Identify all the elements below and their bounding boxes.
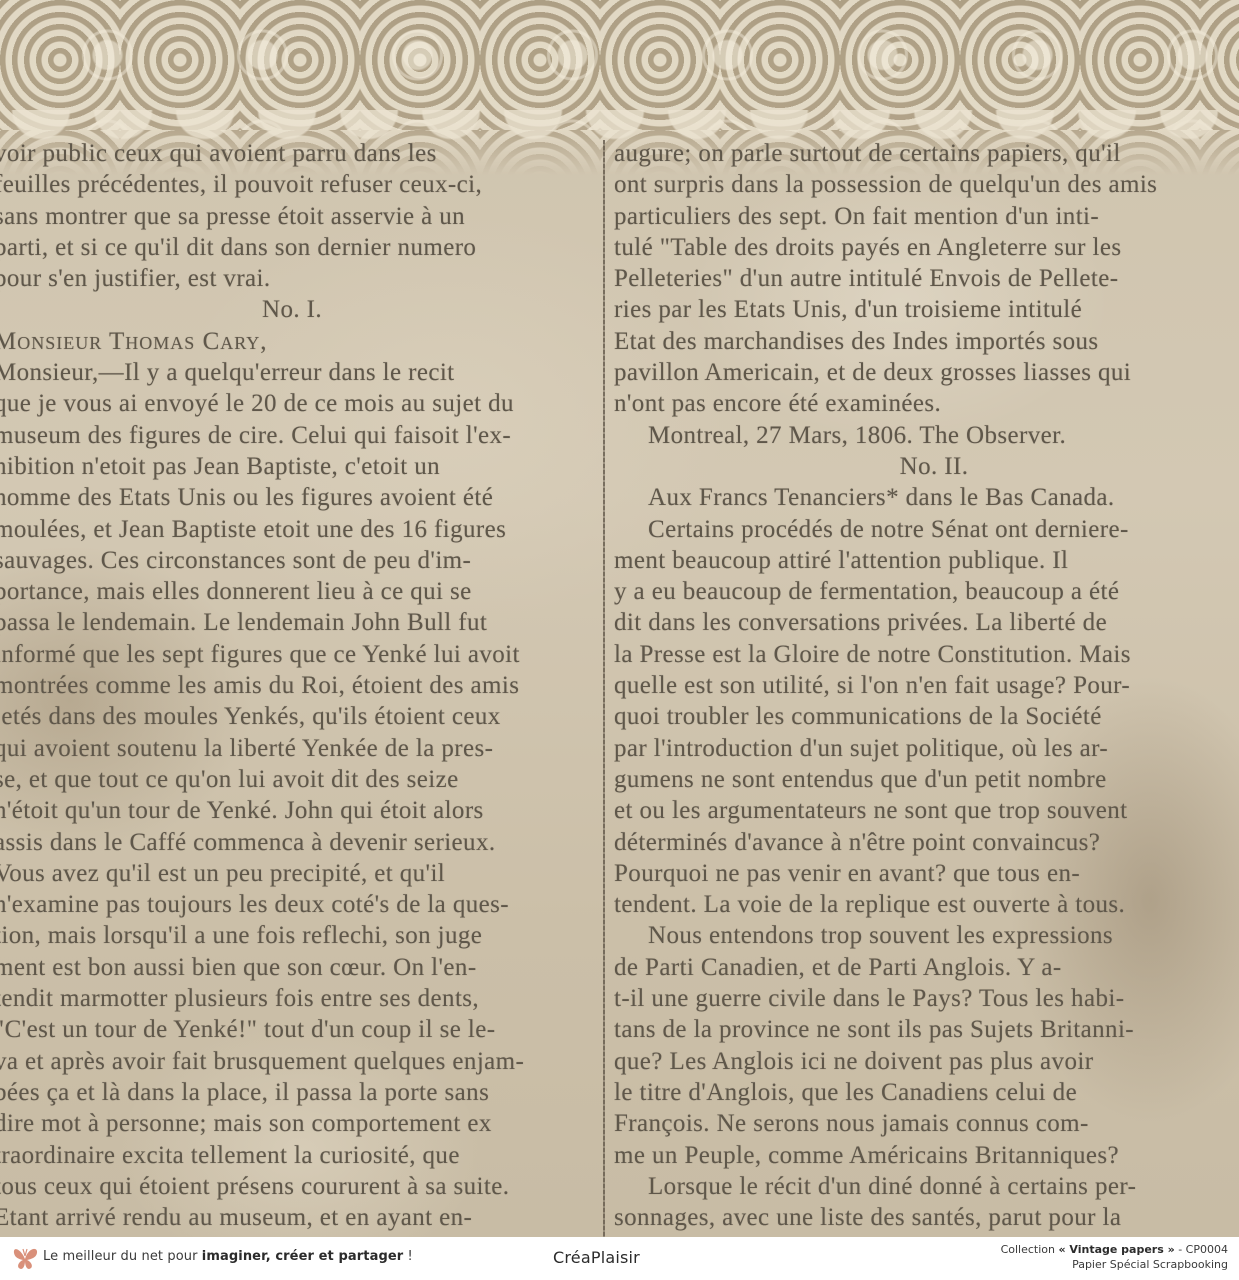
collection-code: - CP0004 <box>1175 1243 1228 1256</box>
tagline-suffix: ! <box>403 1249 413 1264</box>
text-line: François. Ne serons nous jamais connus c… <box>614 1108 1239 1139</box>
text-line: pour s'en justifier, est vrai. <box>0 263 590 294</box>
text-line: voir public ceux qui avoient parru dans … <box>0 138 590 169</box>
text-line: quelle est son utilité, si l'on n'en fai… <box>614 670 1239 701</box>
text-line: tans de la province ne sont ils pas Suje… <box>614 1014 1239 1045</box>
text-line: ment est bon aussi bien que son cœur. On… <box>0 952 590 983</box>
text-line: museum des figures de cire. Celui qui fa… <box>0 420 590 451</box>
text-line: tion, mais lorsqu'il a une fois reflechi… <box>0 920 590 951</box>
butterfly-icon <box>10 1243 40 1273</box>
text-line: sauvages. Ces circonstances sont de peu … <box>0 545 590 576</box>
collection-prefix: Collection <box>1001 1243 1059 1256</box>
text-line: Aux Francs Tenanciers* dans le Bas Canad… <box>614 482 1239 513</box>
text-line: traordinaire excita tellement la curiosi… <box>0 1140 590 1171</box>
text-line: que? Les Anglois ici ne doivent pas plus… <box>614 1046 1239 1077</box>
text-line: Monsieur,—Il y a quelqu'erreur dans le r… <box>0 357 590 388</box>
text-line: pavillon Americain, et de deux grosses l… <box>614 357 1239 388</box>
left-text-column: voir public ceux qui avoient parru dans … <box>0 138 590 1237</box>
text-line: ries par les Etats Unis, d'un troisieme … <box>614 294 1239 325</box>
text-line: augure; on parle surtout de certains pap… <box>614 138 1239 169</box>
text-line: par l'introduction d'un sujet politique,… <box>614 733 1239 764</box>
text-line: hibition n'etoit pas Jean Baptiste, c'et… <box>0 451 590 482</box>
brand-name: CréaPlaisir <box>553 1248 640 1267</box>
text-line: dit dans les conversations privées. La l… <box>614 607 1239 638</box>
tagline-prefix: Le meilleur du net pour <box>43 1249 202 1264</box>
text-line: qui avoient soutenu la liberté Yenkée de… <box>0 733 590 764</box>
text-line: Certains procédés de notre Sénat ont der… <box>614 514 1239 545</box>
text-line: Monsieur Thomas Cary, <box>0 326 590 357</box>
text-line: feuilles précédentes, il pouvoit refuser… <box>0 169 590 200</box>
text-line: et ou les argumentateurs ne sont que tro… <box>614 795 1239 826</box>
text-line: gumens ne sont entendus que d'un petit n… <box>614 764 1239 795</box>
footer-bar: Le meilleur du net pour imaginer, créer … <box>0 1237 1239 1280</box>
text-line: sans montrer que sa presse étoit asservi… <box>0 201 590 232</box>
text-line: Etat des marchandises des Indes importés… <box>614 326 1239 357</box>
collection-name: « Vintage papers » <box>1058 1243 1174 1256</box>
text-line: que je vous ai envoyé le 20 de ce mois a… <box>0 388 590 419</box>
text-line: Vous avez qu'il est un peu precipité, et… <box>0 858 590 889</box>
column-divider <box>603 140 605 1237</box>
text-line: Pelleteries" d'un autre intitulé Envois … <box>614 263 1239 294</box>
tagline-bold: imaginer, créer et partager <box>202 1249 404 1264</box>
text-line: la Presse est la Gloire de notre Constit… <box>614 639 1239 670</box>
text-line: tous ceux qui étoient présens coururent … <box>0 1171 590 1202</box>
text-line: n'étoit qu'un tour de Yenké. John qui ét… <box>0 795 590 826</box>
text-line: tulé "Table des droits payés en Angleter… <box>614 232 1239 263</box>
text-line: parti, et si ce qu'il dit dans son derni… <box>0 232 590 263</box>
text-line: t-il une guerre civile dans le Pays? Tou… <box>614 983 1239 1014</box>
text-line: tendent. La voie de la replique est ouve… <box>614 889 1239 920</box>
text-line: montrées comme les amis du Roi, étoient … <box>0 670 590 701</box>
text-line: "C'est un tour de Yenké!" tout d'un coup… <box>0 1014 590 1045</box>
text-line: bées ça et là dans la place, il passa la… <box>0 1077 590 1108</box>
text-line: Montreal, 27 Mars, 1806. The Observer. <box>614 420 1239 451</box>
text-line: ont surpris dans la possession de quelqu… <box>614 169 1239 200</box>
text-line: jetés dans des moules Yenkés, qu'ils éto… <box>0 701 590 732</box>
text-line: va et après avoir fait brusquement quelq… <box>0 1046 590 1077</box>
text-line: me un Peuple, comme Américains Britanniq… <box>614 1140 1239 1171</box>
text-line: tendit marmotter plusieurs fois entre se… <box>0 983 590 1014</box>
text-line: Pourquoi ne pas venir en avant? que tous… <box>614 858 1239 889</box>
text-line: ment beaucoup attiré l'attention publiqu… <box>614 545 1239 576</box>
text-line: déterminés d'avance à n'être point conva… <box>614 827 1239 858</box>
text-line: y a eu beaucoup de fermentation, beaucou… <box>614 576 1239 607</box>
text-line: moulées, et Jean Baptiste etoit une des … <box>0 514 590 545</box>
tagline: Le meilleur du net pour imaginer, créer … <box>43 1249 413 1264</box>
text-line: sonnages, avec une liste des santés, par… <box>614 1202 1239 1233</box>
text-line: No. I. <box>0 294 590 325</box>
vintage-paper-sheet: voir public ceux qui avoient parru dans … <box>0 0 1239 1237</box>
text-line: homme des Etats Unis ou les figures avoi… <box>0 482 590 513</box>
text-line: Nous entendons trop souvent les expressi… <box>614 920 1239 951</box>
text-line: No. II. <box>614 451 1239 482</box>
text-line: de Parti Canadien, et de Parti Anglois. … <box>614 952 1239 983</box>
text-line: Lorsque le récit d'un diné donné à certa… <box>614 1171 1239 1202</box>
text-line: se, et que tout ce qu'on lui avoit dit d… <box>0 764 590 795</box>
collection-subtitle: Papier Spécial Scrapbooking <box>1001 1257 1228 1272</box>
text-line: le titre d'Anglois, que les Canadiens ce… <box>614 1077 1239 1108</box>
text-line: n'examine pas toujours les deux coté's d… <box>0 889 590 920</box>
text-line: dire mot à personne; mais son comporteme… <box>0 1108 590 1139</box>
text-line: portance, mais elles donnerent lieu à ce… <box>0 576 590 607</box>
text-line: particuliers des sept. On fait mention d… <box>614 201 1239 232</box>
text-line: n'ont pas encore été examinées. <box>614 388 1239 419</box>
text-line: passa le lendemain. Le lendemain John Bu… <box>0 607 590 638</box>
text-line: quoi troubler les communications de la S… <box>614 701 1239 732</box>
collection-info: Collection « Vintage papers » - CP0004 P… <box>1001 1242 1228 1272</box>
right-text-column: augure; on parle surtout de certains pap… <box>614 138 1239 1237</box>
text-line: informé que les sept figures que ce Yenk… <box>0 639 590 670</box>
text-line: Etant arrivé rendu au museum, et en ayan… <box>0 1202 590 1233</box>
text-line: assis dans le Caffé commenca à devenir s… <box>0 827 590 858</box>
